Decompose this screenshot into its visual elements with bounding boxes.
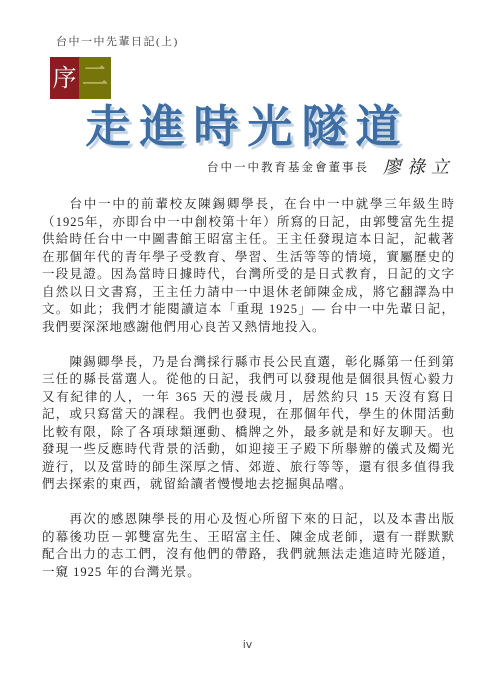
document-page: 台中一中先輩日記(上) 序 二 走進時光隧道 台中一中教育基金會董事長 廖祿立 … <box>0 0 495 700</box>
paragraph-3: 再次的感恩陳學長的用心及恆心所留下來的日記，以及本書出版的幕後功臣－郭雙富先生、… <box>42 511 455 581</box>
byline-role: 台中一中教育基金會董事長 <box>207 162 369 174</box>
page-title: 走進時光隧道 <box>0 90 495 155</box>
paragraph-2: 陳錫卿學長，乃是台灣採行縣市長公民直選，彰化縣第一任到第三任的縣長當選人。從他的… <box>42 354 455 494</box>
running-header: 台中一中先輩日記(上) <box>56 33 179 49</box>
byline-author-name: 廖祿立 <box>383 157 455 178</box>
paragraph-1: 台中一中的前輩校友陳錫卿學長，在台中一中就學三年級生時（1925年，亦即台中一中… <box>42 196 455 336</box>
body-text: 台中一中的前輩校友陳錫卿學長，在台中一中就學三年級生時（1925年，亦即台中一中… <box>42 196 455 581</box>
page-number: iv <box>0 638 495 651</box>
byline: 台中一中教育基金會董事長 廖祿立 <box>207 153 455 179</box>
